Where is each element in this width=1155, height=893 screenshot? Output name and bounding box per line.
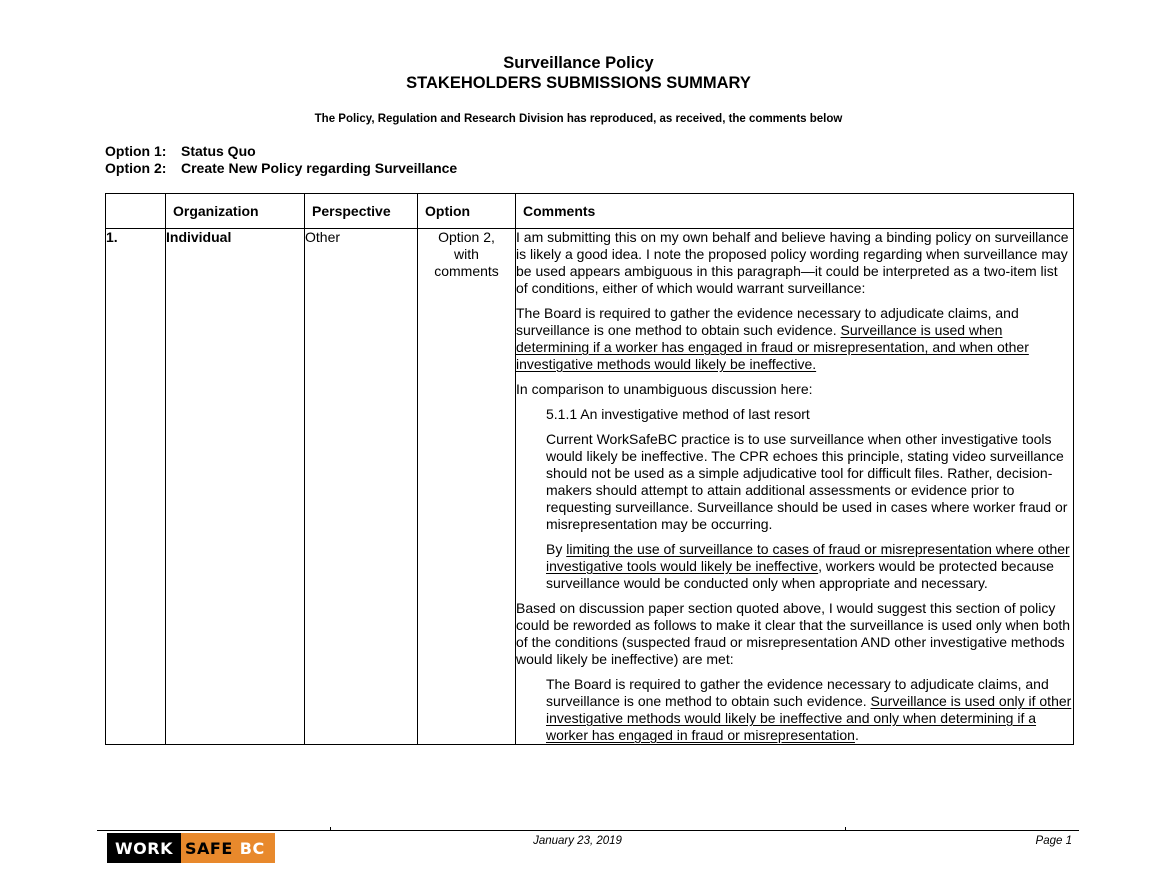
document-subtitle: STAKEHOLDERS SUBMISSIONS SUMMARY (0, 74, 1155, 93)
comment-paragraph: The Board is required to gather the evid… (516, 305, 1073, 373)
quoted-heading: 5.1.1 An investigative method of last re… (546, 406, 1073, 423)
row-number: 1. (106, 229, 166, 745)
option-key: Option 1: (105, 143, 181, 160)
column-header-option: Option (418, 194, 516, 229)
option-line: comments (418, 263, 515, 280)
footer-date: January 23, 2019 (0, 835, 1155, 847)
comment-paragraph: I am submitting this on my own behalf an… (516, 229, 1073, 297)
footer-tick (330, 827, 331, 830)
option-line: Option 2, (418, 229, 515, 246)
option-1: Option 1: Status Quo (105, 143, 457, 160)
column-header-number (106, 194, 166, 229)
comment-text: By (546, 541, 566, 557)
comment-paragraph: Based on discussion paper section quoted… (516, 600, 1073, 668)
document-title: Surveillance Policy (0, 54, 1155, 73)
page-number: Page 1 (1036, 835, 1072, 847)
option-line: with (418, 246, 515, 263)
option-label: Status Quo (181, 143, 256, 160)
options-list: Option 1: Status Quo Option 2: Create Ne… (105, 143, 457, 177)
option-label: Create New Policy regarding Surveillance (181, 160, 457, 177)
row-perspective: Other (305, 229, 418, 745)
option-2: Option 2: Create New Policy regarding Su… (105, 160, 457, 177)
column-header-perspective: Perspective (305, 194, 418, 229)
table-header-row: Organization Perspective Option Comments (106, 194, 1074, 229)
quoted-paragraph: By limiting the use of surveillance to c… (546, 541, 1073, 592)
submissions-table: Organization Perspective Option Comments… (105, 193, 1074, 745)
row-comments: I am submitting this on my own behalf an… (516, 229, 1074, 745)
comment-paragraph: In comparison to unambiguous discussion … (516, 381, 1073, 398)
column-header-organization: Organization (166, 194, 305, 229)
footer-tick (845, 827, 846, 830)
row-organization: Individual (166, 229, 305, 745)
row-option: Option 2, with comments (418, 229, 516, 745)
footer-divider (97, 830, 1079, 831)
document-note: The Policy, Regulation and Research Divi… (0, 112, 1155, 126)
column-header-comments: Comments (516, 194, 1074, 229)
proposed-wording: The Board is required to gather the evid… (546, 676, 1073, 744)
quoted-paragraph: Current WorkSafeBC practice is to use su… (546, 431, 1073, 533)
option-key: Option 2: (105, 160, 181, 177)
comment-text: . (855, 727, 859, 743)
table-row: 1. Individual Other Option 2, with comme… (106, 229, 1074, 745)
